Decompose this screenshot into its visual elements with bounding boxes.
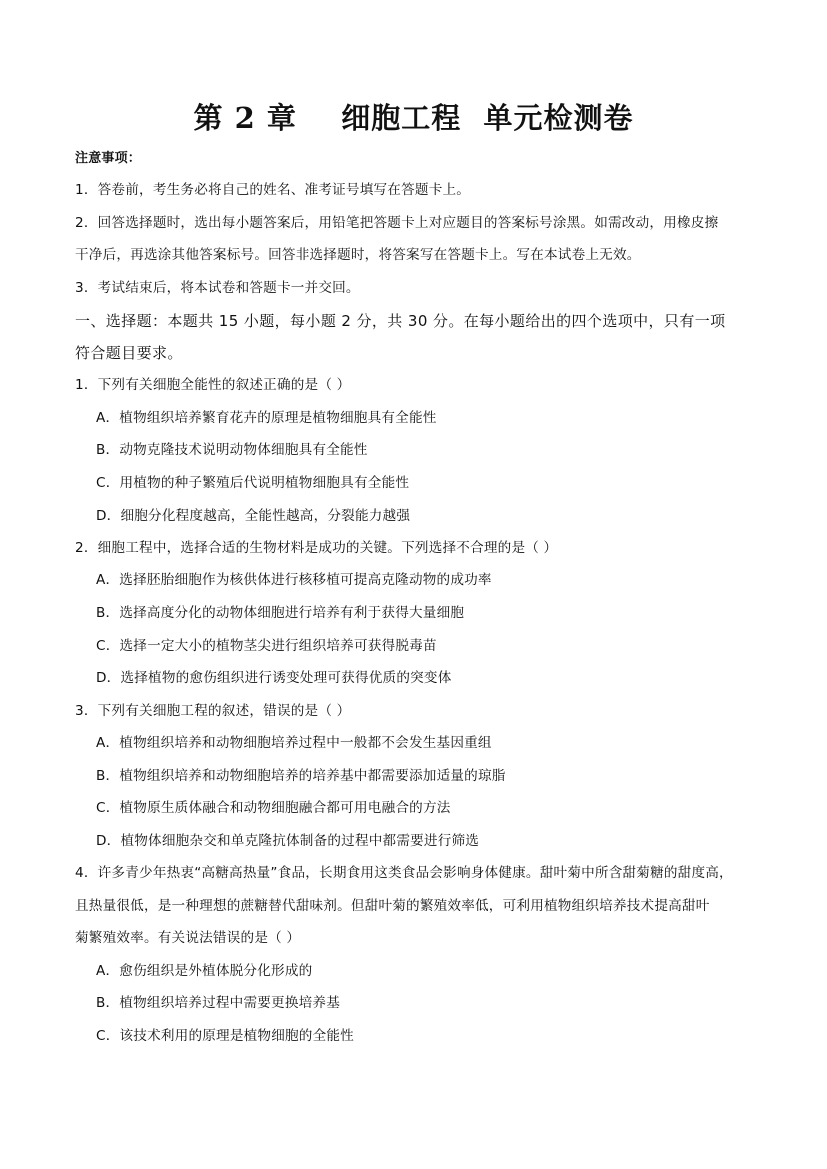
notice-heading: 注意事项： xyxy=(75,149,141,169)
option-c: C．选择一定大小的植物茎尖进行组织培养可获得脱毒苗 xyxy=(96,636,437,656)
option-b: B．动物克隆技术说明动物体细胞具有全能性 xyxy=(96,440,368,460)
notice-item: 1．答卷前，考生务必将自己的姓名、准考证号填写在答题卡上。 xyxy=(75,180,470,200)
notice-item: 3．考试结束后，将本试卷和答题卡一并交回。 xyxy=(75,278,360,298)
option-b: B．植物组织培养过程中需要更换培养基 xyxy=(96,993,340,1013)
page-title: 第 2 章 细胞工程 单元检测卷 xyxy=(0,98,827,138)
question-stem: 3．下列有关细胞工程的叙述，错误的是（ ） xyxy=(75,701,350,721)
option-a: A．植物组织培养和动物细胞培养过程中一般都不会发生基因重组 xyxy=(96,733,492,753)
option-d: D．植物体细胞杂交和单克隆抗体制备的过程中都需要进行筛选 xyxy=(96,831,479,851)
question-stem: 1．下列有关细胞全能性的叙述正确的是（ ） xyxy=(75,375,350,395)
option-b: B．选择高度分化的动物体细胞进行培养有利于获得大量细胞 xyxy=(96,603,464,623)
option-d: D．细胞分化程度越高，全能性越高，分裂能力越强 xyxy=(96,506,410,526)
question-stem: 2．细胞工程中，选择合适的生物材料是成功的关键。下列选择不合理的是（ ） xyxy=(75,538,557,558)
question-stem-continued: 且热量很低，是一种理想的蔗糖替代甜味剂。但甜叶菊的繁殖效率低，可利用植物组织培养… xyxy=(75,896,710,916)
option-a: A．愈伤组织是外植体脱分化形成的 xyxy=(96,961,312,981)
option-c: C．该技术利用的原理是植物细胞的全能性 xyxy=(96,1026,354,1046)
exam-page: 第 2 章 细胞工程 单元检测卷 注意事项： 1．答卷前，考生务必将自己的姓名、… xyxy=(0,0,827,1169)
section-heading-line: 一、选择题：本题共 15 小题，每小题 2 分，共 30 分。在每小题给出的四个… xyxy=(75,311,726,331)
option-b: B．植物组织培养和动物细胞培养的培养基中都需要添加适量的琼脂 xyxy=(96,766,506,786)
question-stem: 4．许多青少年热衷“高糖高热量”食品，长期食用这类食品会影响身体健康。甜叶菊中所… xyxy=(75,863,733,883)
section-heading-line: 符合题目要求。 xyxy=(75,343,183,363)
option-a: A．选择胚胎细胞作为核供体进行核移植可提高克隆动物的成功率 xyxy=(96,570,492,590)
option-a: A．植物组织培养繁育花卉的原理是植物细胞具有全能性 xyxy=(96,408,437,428)
notice-item: 2．回答选择题时，选出每小题答案后，用铅笔把答题卡上对应题目的答案标号涂黑。如需… xyxy=(75,213,718,233)
option-c: C．用植物的种子繁殖后代说明植物细胞具有全能性 xyxy=(96,473,409,493)
notice-item-continued: 干净后，再选涂其他答案标号。回答非选择题时，将答案写在答题卡上。写在本试卷上无效… xyxy=(75,245,641,265)
question-stem-continued: 菊繁殖效率。有关说法错误的是（ ） xyxy=(75,928,300,948)
option-d: D．选择植物的愈伤组织进行诱变处理可获得优质的突变体 xyxy=(96,668,452,688)
option-c: C．植物原生质体融合和动物细胞融合都可用电融合的方法 xyxy=(96,798,451,818)
